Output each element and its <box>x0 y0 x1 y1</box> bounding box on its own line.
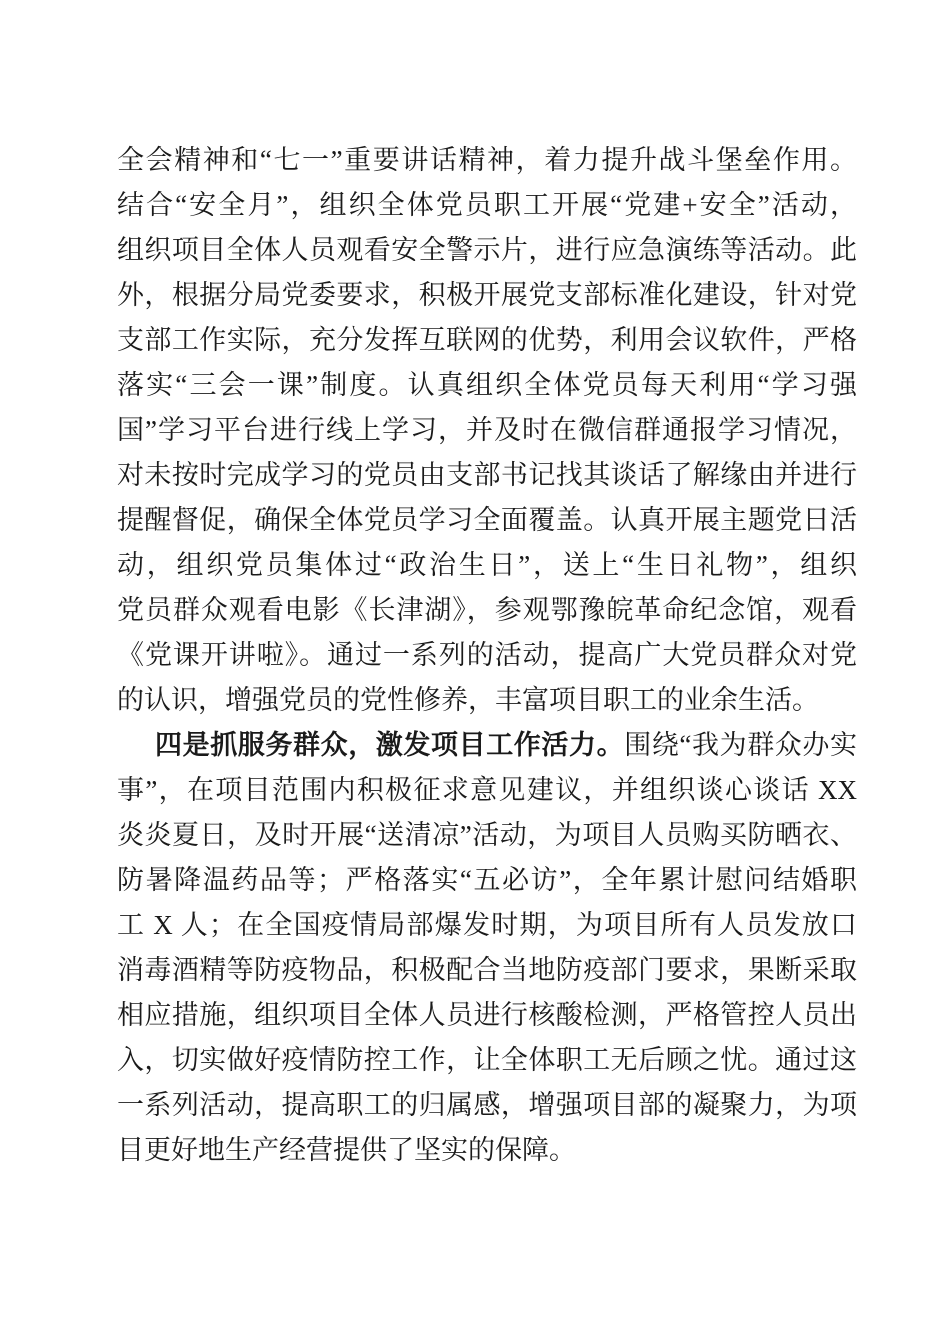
body-text: 围绕“我为群众办实 <box>624 730 857 760</box>
text-line: 提醒督促，确保全体党员学习全面覆盖。认真开展主题党日活 <box>117 498 857 543</box>
text-line: 全会精神和“七一”重要讲话精神，着力提升战斗堡垒作用。 <box>117 138 857 183</box>
body-text: 支部工作实际，充分发挥互联网的优势，利用会议软件，严格 <box>117 325 857 355</box>
body-text: 动，组织党员集体过“政治生日”，送上“生日礼物”，组织 <box>117 550 857 580</box>
body-text: 结合“安全月”，组织全体党员职工开展“党建+安全”活动， <box>117 190 857 220</box>
text-line: 一系列活动，提高职工的归属感，增强项目部的凝聚力，为项 <box>117 1083 857 1128</box>
text-line: 落实“三会一课”制度。认真组织全体党员每天利用“学习强 <box>117 363 857 408</box>
text-line: 《党课开讲啦》。通过一系列的活动，提高广大党员群众对党 <box>117 633 857 678</box>
body-text: 炎炎夏日，及时开展“送清凉”活动，为项目人员购买防晒衣、 <box>117 820 857 850</box>
body-text: 全会精神和“七一”重要讲话精神，着力提升战斗堡垒作用。 <box>117 145 857 175</box>
text-line: 防暑降温药品等；严格落实“五必访”，全年累计慰问结婚职 <box>117 858 857 903</box>
body-text: 一系列活动，提高职工的归属感，增强项目部的凝聚力，为项 <box>117 1090 857 1120</box>
body-text: 工 X 人；在全国疫情局部爆发时期，为项目所有人员发放口罩、 <box>117 910 857 948</box>
body-text: 入，切实做好疫情防控工作，让全体职工无后顾之忧。通过这 <box>117 1045 857 1075</box>
text-line: 消毒酒精等防疫物品，积极配合当地防疫部门要求，果断采取 <box>117 948 857 993</box>
body-text: 的认识，增强党员的党性修养，丰富项目职工的业余生活。 <box>117 685 819 715</box>
text-line: 支部工作实际，充分发挥互联网的优势，利用会议软件，严格 <box>117 318 857 363</box>
text-line: 结合“安全月”，组织全体党员职工开展“党建+安全”活动， <box>117 183 857 228</box>
body-text: 事”，在项目范围内积极征求意见建议，并组织谈心谈话 XX 次； <box>117 775 857 813</box>
document-page: 全会精神和“七一”重要讲话精神，着力提升战斗堡垒作用。结合“安全月”，组织全体党… <box>0 0 950 1344</box>
body-text: 提醒督促，确保全体党员学习全面覆盖。认真开展主题党日活 <box>117 505 857 535</box>
body-text: 《党课开讲啦》。通过一系列的活动，提高广大党员群众对党 <box>117 640 857 670</box>
body-text: 落实“三会一课”制度。认真组织全体党员每天利用“学习强 <box>117 370 857 400</box>
body-text: 防暑降温药品等；严格落实“五必访”，全年累计慰问结婚职 <box>117 865 857 895</box>
body-text: 国”学习平台进行线上学习，并及时在微信群通报学习情况， <box>117 415 857 445</box>
text-line: 对未按时完成学习的党员由支部书记找其谈话了解缘由并进行 <box>117 453 857 498</box>
body-text: 对未按时完成学习的党员由支部书记找其谈话了解缘由并进行 <box>117 460 857 490</box>
body-text: 消毒酒精等防疫物品，积极配合当地防疫部门要求，果断采取 <box>117 955 857 985</box>
text-line: 四是抓服务群众，激发项目工作活力。围绕“我为群众办实 <box>117 723 857 768</box>
text-line: 入，切实做好疫情防控工作，让全体职工无后顾之忧。通过这 <box>117 1038 857 1083</box>
text-line: 目更好地生产经营提供了坚实的保障。 <box>117 1128 857 1173</box>
bold-lead-text: 四是抓服务群众，激发项目工作活力。 <box>155 730 624 760</box>
document-text-block: 全会精神和“七一”重要讲话精神，着力提升战斗堡垒作用。结合“安全月”，组织全体党… <box>117 138 857 1173</box>
body-text: 目更好地生产经营提供了坚实的保障。 <box>117 1135 576 1165</box>
text-line: 事”，在项目范围内积极征求意见建议，并组织谈心谈话 XX 次； <box>117 768 857 813</box>
body-text: 外，根据分局党委要求，积极开展党支部标准化建设，针对党 <box>117 280 857 310</box>
text-line: 外，根据分局党委要求，积极开展党支部标准化建设，针对党 <box>117 273 857 318</box>
text-line: 工 X 人；在全国疫情局部爆发时期，为项目所有人员发放口罩、 <box>117 903 857 948</box>
body-text: 相应措施，组织项目全体人员进行核酸检测，严格管控人员出 <box>117 1000 857 1030</box>
text-line: 动，组织党员集体过“政治生日”，送上“生日礼物”，组织 <box>117 543 857 588</box>
body-text: 组织项目全体人员观看安全警示片，进行应急演练等活动。此 <box>117 235 857 265</box>
text-line: 炎炎夏日，及时开展“送清凉”活动，为项目人员购买防晒衣、 <box>117 813 857 858</box>
text-line: 的认识，增强党员的党性修养，丰富项目职工的业余生活。 <box>117 678 857 723</box>
body-text: 党员群众观看电影《长津湖》，参观鄂豫皖革命纪念馆，观看 <box>117 595 857 625</box>
text-line: 党员群众观看电影《长津湖》，参观鄂豫皖革命纪念馆，观看 <box>117 588 857 633</box>
text-line: 国”学习平台进行线上学习，并及时在微信群通报学习情况， <box>117 408 857 453</box>
text-line: 相应措施，组织项目全体人员进行核酸检测，严格管控人员出 <box>117 993 857 1038</box>
text-line: 组织项目全体人员观看安全警示片，进行应急演练等活动。此 <box>117 228 857 273</box>
